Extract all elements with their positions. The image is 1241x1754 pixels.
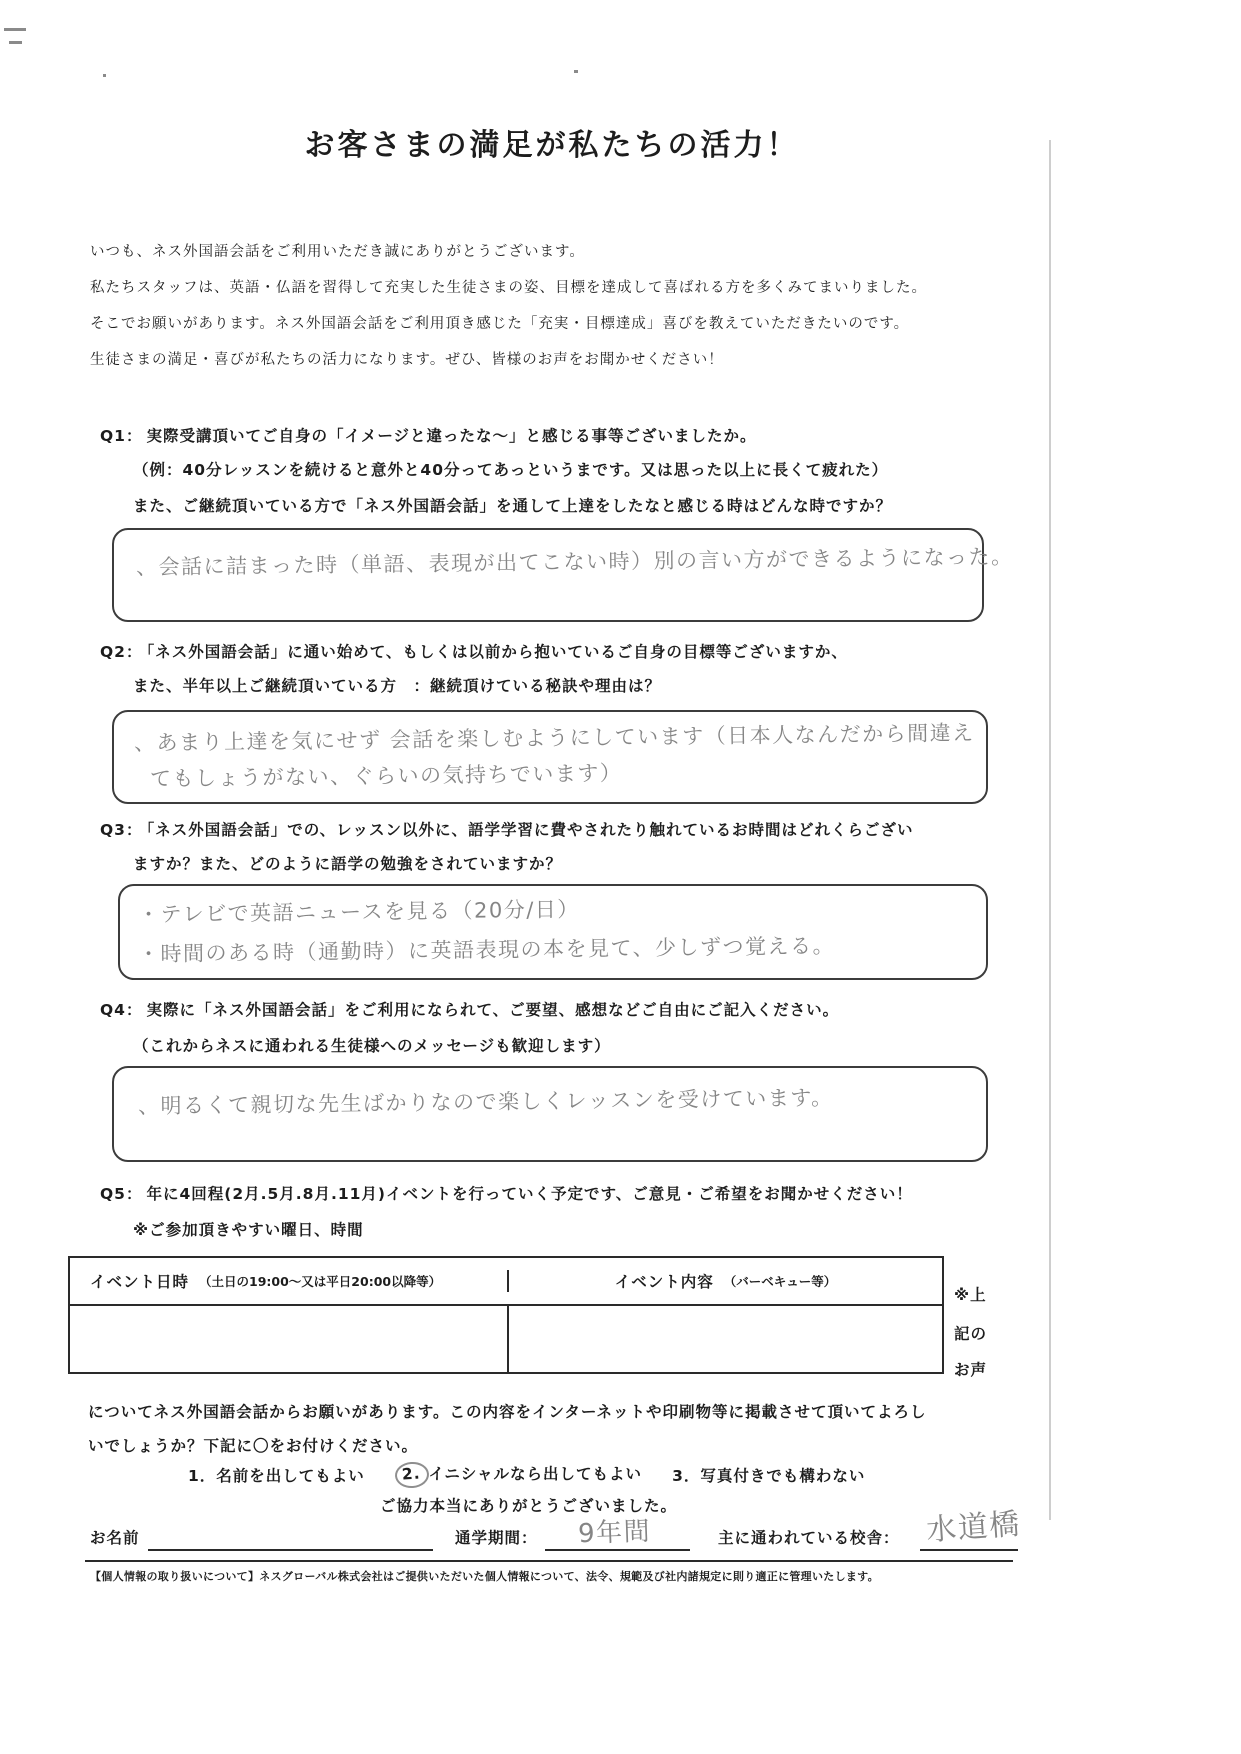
school-field-label: 主に通われている校舎： bbox=[718, 1526, 900, 1548]
q3-handwritten-answer-line2: ・時間のある時（通勤時）に英語表現の本を見て、少しずつ覚える。 bbox=[138, 930, 835, 969]
q1-question: Q1：実際受講頂いてご自身の「イメージと違ったな～」と感じる事等ございましたか。 bbox=[100, 424, 757, 446]
school-field-underline bbox=[920, 1549, 1018, 1551]
q3-label: Q3： bbox=[100, 821, 142, 839]
q5-question: Q5：年に4回程(2月.5月.8月.11月)イベントを行っていく予定です、ご意見… bbox=[100, 1182, 913, 1204]
side-note-line3: お声 bbox=[954, 1358, 987, 1380]
q4-answer-box: 、明るくて親切な先生ばかりなので楽しくレッスンを受けています。 bbox=[112, 1066, 988, 1162]
q4-label: Q4： bbox=[100, 1001, 142, 1019]
event-content-input-cell bbox=[507, 1306, 942, 1372]
event-table-header-row: イベント日時 （土日の19:00～又は平日20:00以降等） イベント内容 （バ… bbox=[70, 1258, 942, 1306]
q5-label: Q5： bbox=[100, 1185, 142, 1203]
intro-line-4: 生徒さまの満足・喜びが私たちの活力になります。ぜひ、皆様のお声をお聞かせください… bbox=[90, 348, 724, 369]
q1-answer-box: 、会話に詰まった時（単語、表現が出てこない時）別の言い方ができるようになった。 bbox=[112, 528, 984, 622]
event-content-header-cell: イベント内容 （バーベキュー等） bbox=[507, 1270, 942, 1292]
page-title: お客さまの満足が私たちの活力！ bbox=[0, 120, 1104, 164]
footer-divider bbox=[85, 1560, 1013, 1562]
event-content-note: （バーベキュー等） bbox=[724, 1272, 837, 1290]
scanned-survey-page: お客さまの満足が私たちの活力！ いつも、ネス外国語会話をご利用いただき誠にありが… bbox=[0, 0, 1241, 1754]
period-field-underline bbox=[545, 1549, 690, 1551]
q2-handwritten-answer-line1: 、あまり上達を気にせず 会話を楽しむようにしています（日本人なんだから間違え bbox=[134, 717, 975, 757]
event-datetime-header: イベント日時 bbox=[90, 1270, 189, 1292]
consent-option-1: 1．名前を出してもよい bbox=[188, 1464, 365, 1486]
event-table-body-row bbox=[70, 1306, 942, 1372]
q1-handwritten-answer: 、会話に詰まった時（単語、表現が出てこない時）別の言い方ができるようになった。 bbox=[136, 541, 1014, 582]
scan-artifact bbox=[574, 70, 578, 73]
q4-subquestion: （これからネスに通われる生徒様へのメッセージも歓迎します） bbox=[133, 1034, 611, 1056]
q2-question: Q2：「ネス外国語会話」に通い始めて、もしくは以前から抱いているご自身の目標等ご… bbox=[100, 640, 848, 662]
q5-text: 年に4回程(2月.5月.8月.11月)イベントを行っていく予定です、ご意見・ご希… bbox=[146, 1185, 912, 1203]
consent-option-2: 2.イニシャルなら出してもよい bbox=[395, 1462, 642, 1488]
handwritten-circle-mark: 2. bbox=[394, 1461, 429, 1489]
q2-subquestion: また、半年以上ご継続頂いている方 ：継続頂けている秘訣や理由は？ bbox=[133, 674, 661, 696]
q3-subquestion: ますか？また、どのように語学の勉強をされていますか？ bbox=[133, 852, 562, 874]
event-datetime-header-cell: イベント日時 （土日の19:00～又は平日20:00以降等） bbox=[70, 1270, 507, 1292]
name-field-underline bbox=[148, 1549, 433, 1551]
q1-label: Q1： bbox=[100, 427, 142, 445]
q1-subquestion: また、ご継続頂いている方で「ネス外国語会話」を通して上達をしたなと感じる時はどん… bbox=[133, 494, 892, 516]
name-field-label: お名前 bbox=[90, 1526, 140, 1548]
consent-option-2-label: イニシャルなら出してもよい bbox=[428, 1465, 642, 1483]
q3-handwritten-answer-line1: ・テレビで英語ニュースを見る（20分/日） bbox=[138, 893, 580, 928]
q2-label: Q2： bbox=[100, 643, 142, 661]
period-handwritten-value: 9年間 bbox=[577, 1511, 651, 1551]
side-note-line2: 記の bbox=[954, 1322, 987, 1344]
q4-text: 実際に「ネス外国語会話」をご利用になられて、ご要望、感想などご自由にご記入くださ… bbox=[146, 1001, 839, 1019]
period-field-label: 通学期間： bbox=[455, 1526, 538, 1548]
school-handwritten-value: 水道橋 bbox=[925, 1499, 1022, 1549]
q3-text: 「ネス外国語会話」での、レッスン以外に、語学学習に費やされたり触れているお時間は… bbox=[146, 821, 913, 839]
q3-question: Q3：「ネス外国語会話」での、レッスン以外に、語学学習に費やされたり触れているお… bbox=[100, 818, 913, 840]
event-datetime-input-cell bbox=[70, 1306, 507, 1372]
q5-subquestion: ※ご参加頂きやすい曜日、時間 bbox=[133, 1218, 364, 1240]
privacy-fine-print: 【個人情報の取り扱いについて】ネスグローバル株式会社はご提供いただいた個人情報に… bbox=[90, 1568, 879, 1584]
intro-line-3: そこでお願いがあります。ネス外国語会話をご利用頂き感じた「充実・目標達成」喜びを… bbox=[90, 312, 909, 333]
q4-question: Q4：実際に「ネス外国語会話」をご利用になられて、ご要望、感想などご自由にご記入… bbox=[100, 998, 839, 1020]
consent-line1: についてネス外国語会話からお願いがあります。この内容をインターネットや印刷物等に… bbox=[88, 1400, 927, 1422]
scan-artifact bbox=[4, 28, 26, 31]
q2-handwritten-answer-line2: てもしょうがない、ぐらいの気持ちでいます） bbox=[150, 757, 623, 793]
q1-text: 実際受講頂いてご自身の「イメージと違ったな～」と感じる事等ございましたか。 bbox=[146, 427, 756, 445]
event-content-header: イベント内容 bbox=[615, 1270, 714, 1292]
q2-answer-box: 、あまり上達を気にせず 会話を楽しむようにしています（日本人なんだから間違え て… bbox=[112, 710, 988, 804]
scan-line-artifact bbox=[1049, 140, 1051, 1520]
consent-option-2-number: 2. bbox=[401, 1464, 421, 1483]
intro-line-1: いつも、ネス外国語会話をご利用いただき誠にありがとうございます。 bbox=[90, 240, 585, 261]
q2-text: 「ネス外国語会話」に通い始めて、もしくは以前から抱いているご自身の目標等ございま… bbox=[146, 643, 847, 661]
scan-artifact bbox=[9, 41, 22, 44]
intro-line-2: 私たちスタッフは、英語・仏語を習得して充実した生徒さまの姿、目標を達成して喜ばれ… bbox=[90, 276, 927, 297]
event-datetime-note: （土日の19:00～又は平日20:00以降等） bbox=[199, 1272, 441, 1290]
event-table: イベント日時 （土日の19:00～又は平日20:00以降等） イベント内容 （バ… bbox=[68, 1256, 944, 1374]
q1-example: （例：40分レッスンを続けると意外と40分ってあっというまです。又は思った以上に… bbox=[133, 458, 888, 480]
consent-line2: いでしょうか？下記に〇をお付けください。 bbox=[88, 1434, 418, 1456]
scan-artifact bbox=[103, 74, 106, 77]
q4-handwritten-answer: 、明るくて親切な先生ばかりなので楽しくレッスンを受けています。 bbox=[138, 1082, 834, 1120]
q3-answer-box: ・テレビで英語ニュースを見る（20分/日） ・時間のある時（通勤時）に英語表現の… bbox=[118, 884, 988, 980]
consent-option-3: 3．写真付きでも構わない bbox=[672, 1464, 865, 1486]
side-note-line1: ※上 bbox=[954, 1283, 987, 1305]
consent-options-row: 1．名前を出してもよい 2.イニシャルなら出してもよい 3．写真付きでも構わない bbox=[188, 1462, 865, 1488]
